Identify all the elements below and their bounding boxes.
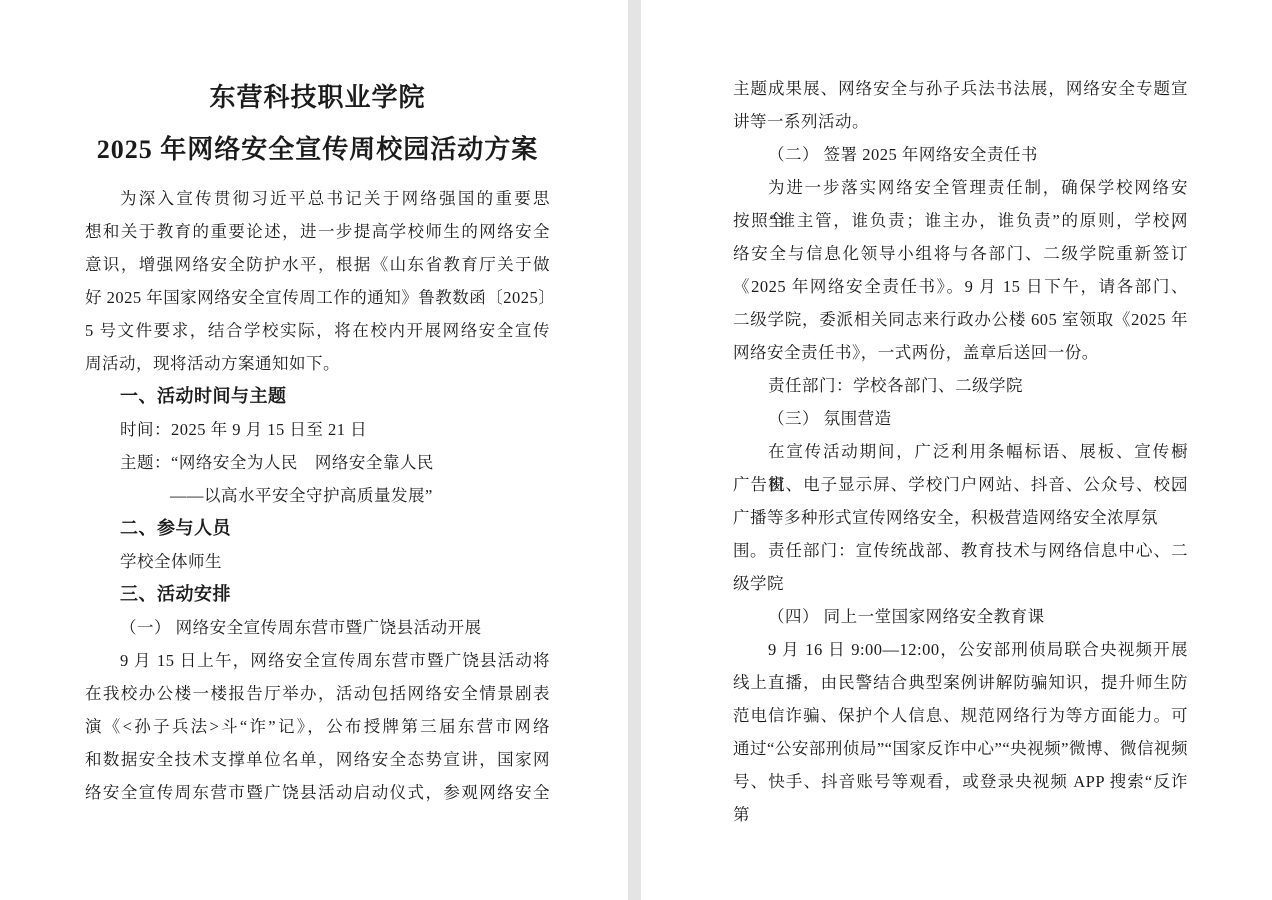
text-line: 范电信诈骗、保护个人信息、规范网络行为等方面能力。可 (733, 699, 1188, 732)
text-line: 广告机、电子显示屏、学校门户网站、抖音、公众号、校园 (733, 468, 1188, 501)
text-line: 一、活动时间与主题 (85, 380, 550, 413)
text-line: 三、活动安排 (85, 578, 550, 611)
text-line: 二级学院，委派相关同志来行政办公楼 605 室领取《2025 年 (733, 303, 1188, 336)
page-2-content: 主题成果展、网络安全与孙子兵法书法展，网络安全专题宣讲等一系列活动。（二） 签署… (641, 0, 1188, 798)
text-line: 为进一步落实网络安全管理责任制，确保学校网络安全， (733, 171, 1188, 204)
text-line: 责任部门：学校各部门、二级学院 (733, 369, 1188, 402)
text-line: 按照“谁主管，谁负责；谁主办，谁负责”的原则，学校网 (733, 204, 1188, 237)
text-line: 号、快手、抖音账号等观看，或登录央视频 APP 搜索“反诈第 (733, 765, 1188, 798)
document-spread: 东营科技职业学院2025 年网络安全宣传周校园活动方案为深入宣传贯彻习近平总书记… (0, 0, 1272, 900)
text-line: 时间：2025 年 9 月 15 日至 21 日 (85, 413, 550, 446)
text-line: 线上直播，由民警结合典型案例讲解防骗知识，提升师生防 (733, 666, 1188, 699)
text-line: 级学院 (733, 567, 1188, 600)
text-line: （二） 签署 2025 年网络安全责任书 (733, 138, 1188, 171)
text-line: 《2025 年网络安全责任书》。9 月 15 日下午，请各部门、 (733, 270, 1188, 303)
text-line: 主题：“网络安全为人民 网络安全靠人民 (85, 446, 550, 479)
text-line: 好 2025 年国家网络安全宣传周工作的通知》鲁教数函〔2025〕 (85, 281, 550, 314)
text-line: 通过“公安部刑侦局”“国家反诈中心”“央视频”微博、微信视频 (733, 732, 1188, 765)
text-line: 络安全与信息化领导小组将与各部门、二级学院重新签订 (733, 237, 1188, 270)
text-line: 主题成果展、网络安全与孙子兵法书法展，网络安全专题宣 (733, 72, 1188, 105)
page-1-content: 东营科技职业学院2025 年网络安全宣传周校园活动方案为深入宣传贯彻习近平总书记… (0, 0, 550, 809)
text-line: 络安全宣传周东营市暨广饶县活动启动仪式，参观网络安全 (85, 776, 550, 809)
text-line: 在我校办公楼一楼报告厅举办，活动包括网络安全情景剧表 (85, 677, 550, 710)
text-line: 5 号文件要求，结合学校实际，将在校内开展网络安全宣传 (85, 314, 550, 347)
page-gap (628, 0, 641, 900)
text-line: （四） 同上一堂国家网络安全教育课 (733, 600, 1188, 633)
text-line: ——以高水平安全守护高质量发展” (85, 479, 550, 512)
text-line: 在宣传活动期间，广泛利用条幅标语、展板、宣传橱窗、 (733, 435, 1188, 468)
text-line: 演《<孙子兵法>斗“诈”记》，公布授牌第三届东营市网络 (85, 710, 550, 743)
text-line: 为深入宣传贯彻习近平总书记关于网络强国的重要思 (85, 182, 550, 215)
text-line: 意识，增强网络安全防护水平，根据《山东省教育厅关于做 (85, 248, 550, 281)
text-line: （三） 氛围营造 (733, 402, 1188, 435)
text-line: 二、参与人员 (85, 512, 550, 545)
doc-title-line: 东营科技职业学院 (85, 72, 550, 124)
text-line: 9 月 16 日 9:00—12:00，公安部刑侦局联合央视频开展 (733, 633, 1188, 666)
text-line: 广播等多种形式宣传网络安全，积极营造网络安全浓厚氛围。 (733, 501, 1188, 534)
doc-title-line: 2025 年网络安全宣传周校园活动方案 (85, 124, 550, 176)
text-line: 讲等一系列活动。 (733, 105, 1188, 138)
text-line: 责任部门：宣传统战部、教育技术与网络信息中心、二 (733, 534, 1188, 567)
page-2: 主题成果展、网络安全与孙子兵法书法展，网络安全专题宣讲等一系列活动。（二） 签署… (641, 0, 1272, 900)
text-line: 网络安全责任书》，一式两份，盖章后送回一份。 (733, 336, 1188, 369)
text-line: 周活动，现将活动方案通知如下。 (85, 347, 550, 380)
text-line: 9 月 15 日上午，网络安全宣传周东营市暨广饶县活动将 (85, 644, 550, 677)
text-line: （一） 网络安全宣传周东营市暨广饶县活动开展 (85, 611, 550, 644)
text-line: 和数据安全技术支撑单位名单，网络安全态势宣讲，国家网 (85, 743, 550, 776)
text-line: 想和关于教育的重要论述，进一步提高学校师生的网络安全 (85, 215, 550, 248)
page-1: 东营科技职业学院2025 年网络安全宣传周校园活动方案为深入宣传贯彻习近平总书记… (0, 0, 628, 900)
text-line: 学校全体师生 (85, 545, 550, 578)
